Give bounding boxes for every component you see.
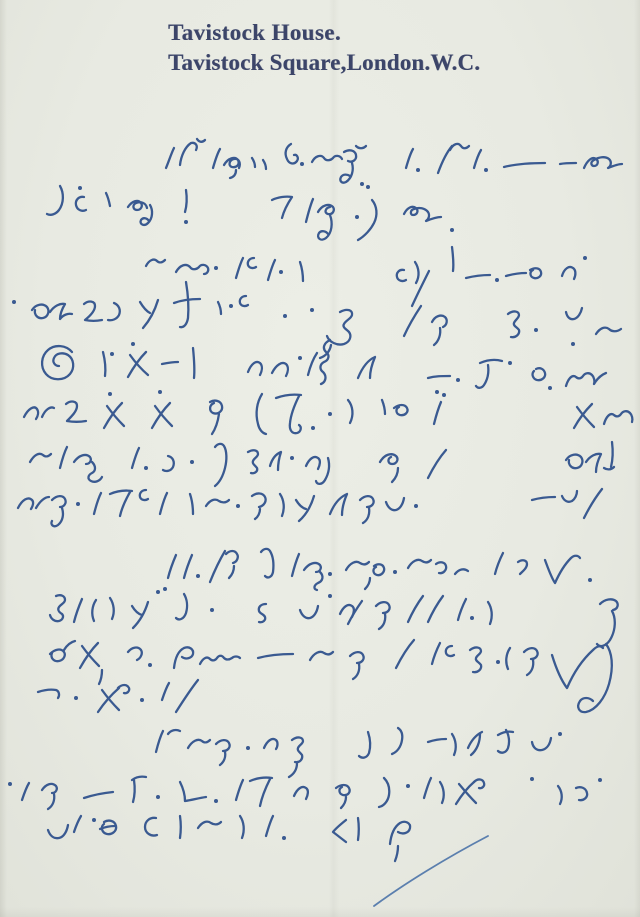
shorthand-line-10 [50,587,618,646]
shorthand-line-11 [50,640,612,712]
pen-flourish [374,836,488,906]
shorthand-line-15 [48,816,410,861]
shorthand-line-2 [47,182,454,240]
shorthand-line-1 [166,139,622,183]
shorthand-line-4 [12,282,621,358]
shorthand-line-8 [18,489,602,526]
shorthand-line-6 [24,390,632,434]
shorthand-line-13 [156,728,562,777]
shorthand-line-5 [42,340,606,390]
shorthand-line-7 [30,442,614,486]
letter-page: Tavistock House. Tavistock Square,London… [0,0,640,917]
shorthand-svg [0,0,640,917]
shorthand-line-3 [146,247,587,306]
shorthand-line-9 [168,549,592,590]
shorthand-line-14 [8,777,602,809]
shorthand-line-12 [38,680,198,712]
